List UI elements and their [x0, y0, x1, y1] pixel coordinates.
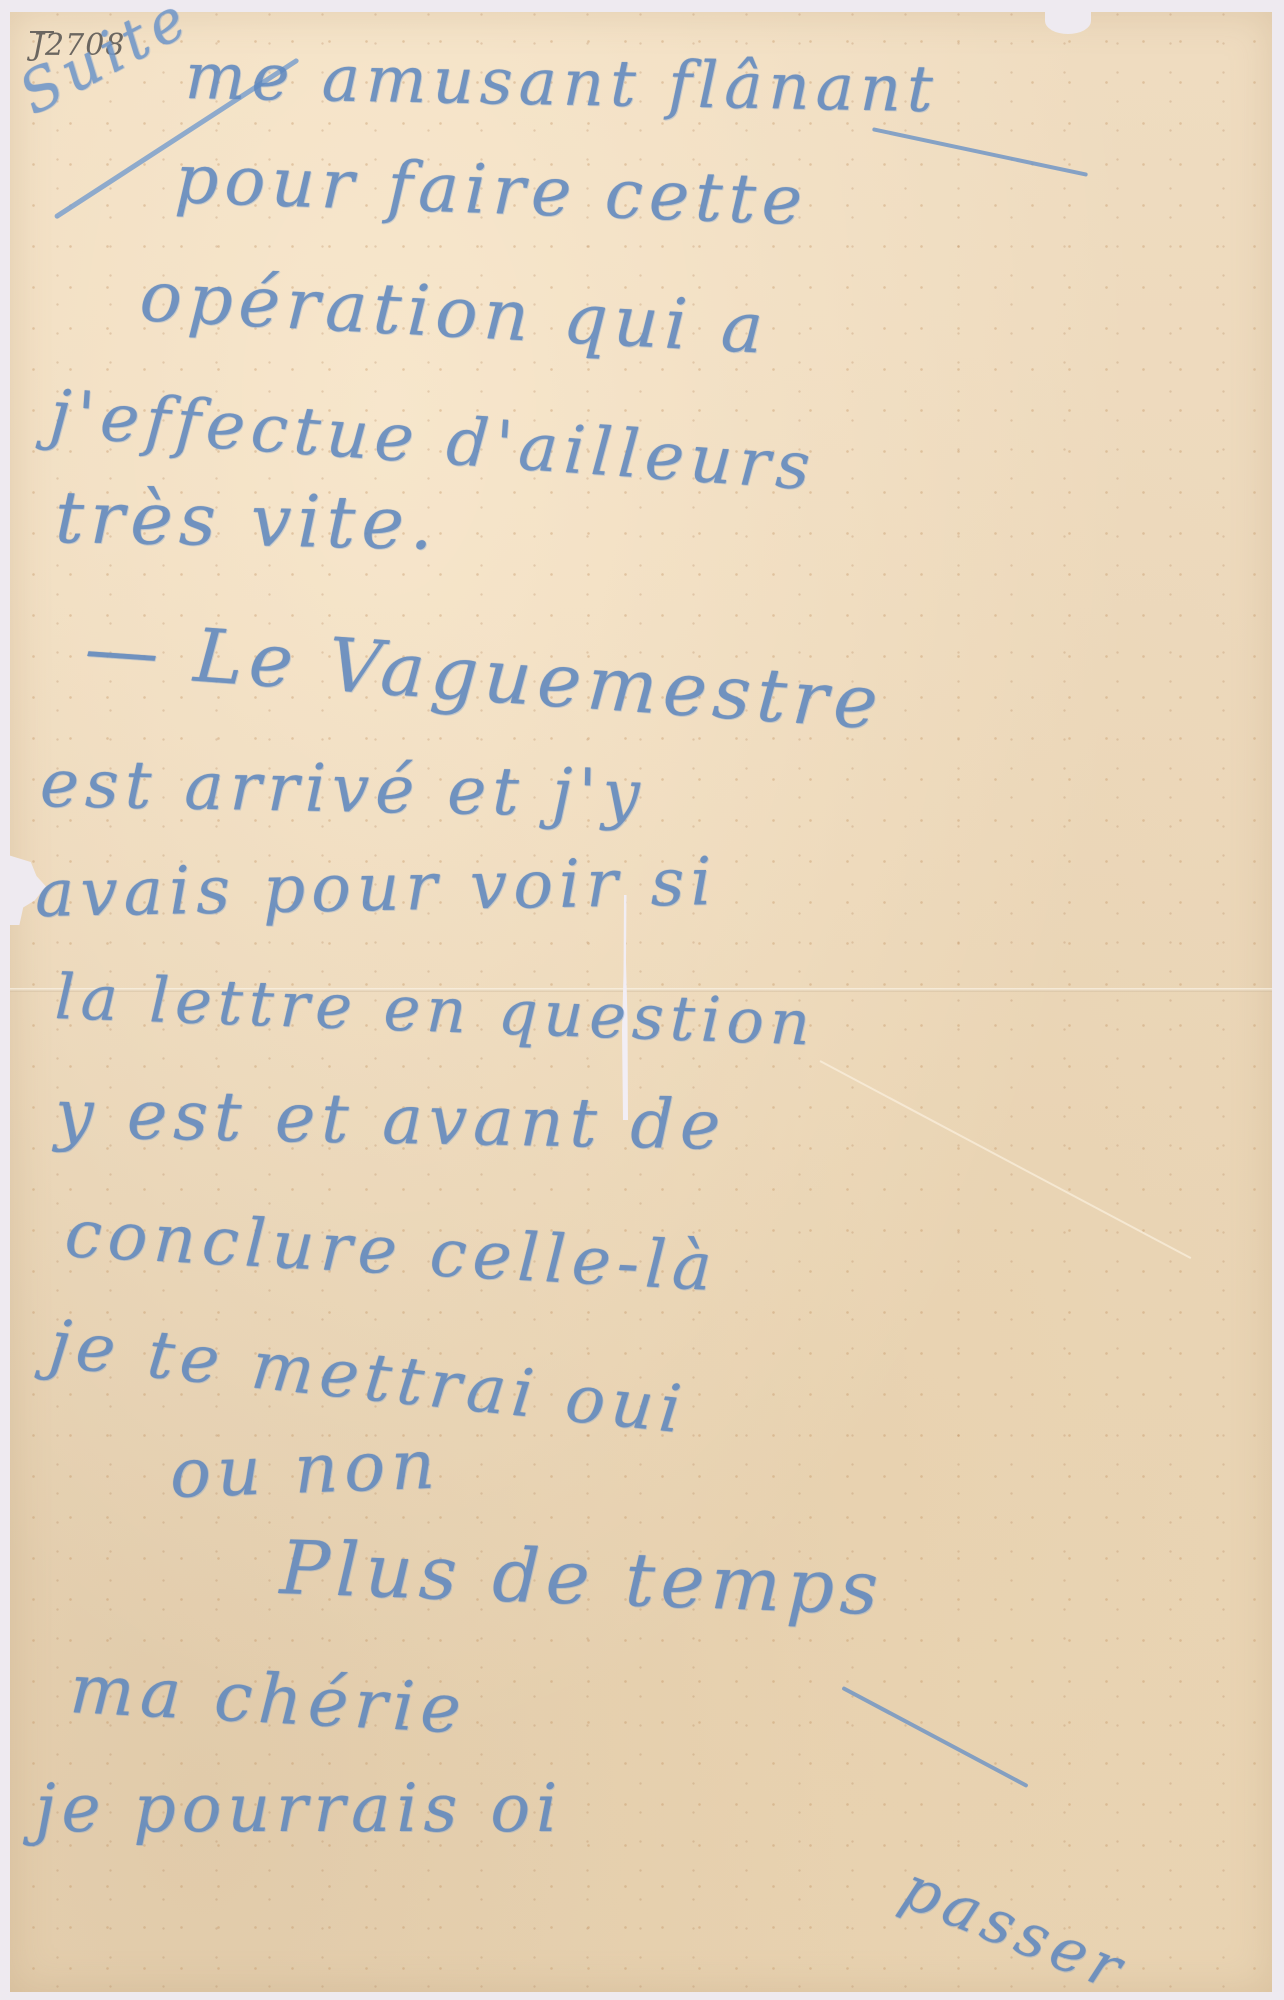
scanned-document: J2708 Suite me amusant flânantpour faire…: [0, 0, 1284, 2000]
handwritten-line: me amusant flânant: [184, 40, 939, 127]
top-edge-tear: [1045, 8, 1091, 34]
handwritten-line: très vite.: [54, 475, 439, 566]
reference-bar: [30, 31, 54, 33]
handwritten-line: est arrivé et j'y: [39, 745, 646, 833]
handwritten-line: je pourrais oi: [35, 1770, 563, 1847]
handwritten-line: y est et avant de: [54, 1075, 727, 1166]
handwritten-line: ou non: [169, 1426, 442, 1514]
handwritten-line: avais pour voir si: [34, 843, 718, 932]
